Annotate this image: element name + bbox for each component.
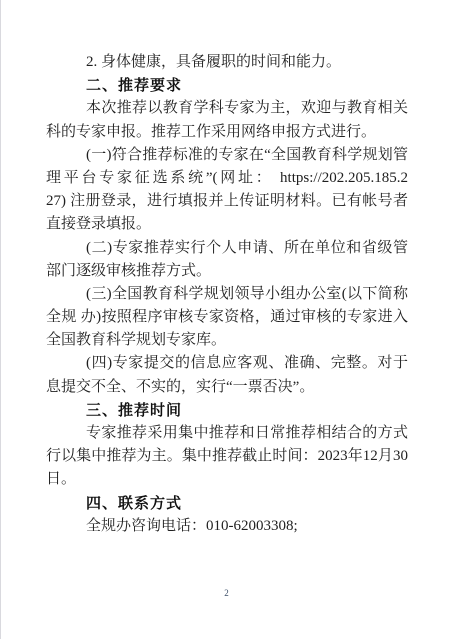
section-heading: 二、推荐要求 bbox=[46, 74, 408, 97]
document-line: 27) 注册登录，进行填报并上传证明材料。已有帐号者 bbox=[46, 190, 408, 213]
document-line: 科的专家申报。推荐工作采用网络申报方式进行。 bbox=[46, 121, 408, 144]
document-line: 日。 bbox=[46, 468, 408, 491]
document-line: 全国教育科学规划专家库。 bbox=[46, 329, 408, 352]
page-number: 2 bbox=[0, 587, 453, 599]
document-line: 专家推荐采用集中推荐和日常推荐相结合的方式进 bbox=[46, 422, 408, 445]
document-line: (二)专家推荐实行个人申请、所在单位和省级管理 bbox=[46, 237, 408, 260]
document-line: (三)全国教育科学规划领导小组办公室(以下简称 bbox=[46, 283, 408, 306]
document-line: 理平台专家征选系统”(网址： https://202.205.185.2 bbox=[46, 167, 408, 190]
document-line: 行以集中推荐为主。集中推荐截止时间：2023年12月30 bbox=[46, 445, 408, 468]
document-line: 2. 身体健康，具备履职的时间和能力。 bbox=[46, 51, 408, 74]
document-page: 2. 身体健康，具备履职的时间和能力。二、推荐要求本次推荐以教育学科专家为主，欢… bbox=[0, 0, 453, 639]
document-line: (一)符合推荐标准的专家在“全国教育科学规划管 bbox=[46, 144, 408, 167]
document-line: (四)专家提交的信息应客观、准确、完整。对于信 bbox=[46, 352, 408, 375]
document-line: 部门逐级审核推荐方式。 bbox=[46, 260, 408, 283]
section-heading: 四、联系方式 bbox=[46, 492, 408, 515]
document-line: 本次推荐以教育学科专家为主，欢迎与教育相关学 bbox=[46, 97, 408, 120]
document-line: 全规 办)按照程序审核专家资格，通过审核的专家进入 bbox=[46, 306, 408, 329]
document-line: 息提交不全、不实的，实行“一票否决”。 bbox=[46, 376, 408, 399]
document-line: 直接登录填报。 bbox=[46, 213, 408, 236]
scan-edge-line bbox=[0, 0, 1, 639]
document-body: 2. 身体健康，具备履职的时间和能力。二、推荐要求本次推荐以教育学科专家为主，欢… bbox=[46, 51, 408, 538]
section-heading: 三、推荐时间 bbox=[46, 399, 408, 422]
document-line: 全规办咨询电话：010-62003308; bbox=[46, 515, 408, 538]
